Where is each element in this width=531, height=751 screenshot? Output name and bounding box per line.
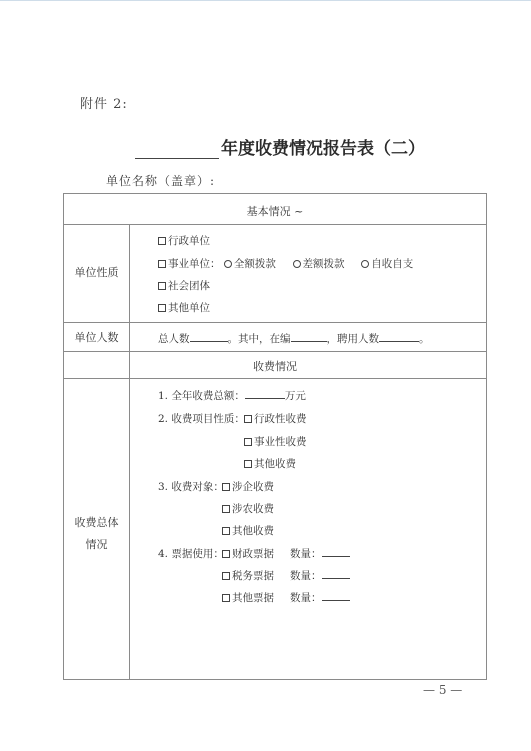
receipt-usage-row: 4. 票据使用： <box>158 546 224 561</box>
checkbox[interactable] <box>222 550 230 558</box>
page-number: — 5 — <box>423 683 462 697</box>
checkbox[interactable] <box>244 438 252 446</box>
total-headcount-field[interactable] <box>190 332 228 342</box>
checkbox[interactable] <box>244 460 252 468</box>
radio-full-funding[interactable] <box>224 260 232 268</box>
fiscal-qty-field[interactable] <box>322 547 350 557</box>
option-admin-fee[interactable]: 行政性收费 <box>244 411 307 426</box>
title-text: 年度收费情况报告表（二） <box>221 134 425 159</box>
radio-self-funded[interactable] <box>361 260 369 268</box>
option-institution-fee[interactable]: 事业性收费 <box>244 434 307 449</box>
other-qty-field[interactable] <box>322 591 350 601</box>
option-other-target-fee[interactable]: 其他收费 <box>222 523 274 538</box>
option-enterprise-fee[interactable]: 涉企收费 <box>222 479 274 494</box>
row-divider <box>64 351 486 352</box>
checkbox[interactable] <box>222 505 230 513</box>
fee-overall-label-line2: 情况 <box>64 533 129 557</box>
option-other-unit[interactable]: 其他单位 <box>158 300 210 315</box>
unit-nature-label: 单位性质 <box>64 261 129 285</box>
contract-count-field[interactable] <box>379 332 419 342</box>
row-divider <box>64 224 486 225</box>
checkbox[interactable] <box>158 304 166 312</box>
fee-overall-label-line1: 收费总体 <box>64 511 129 535</box>
section-header-basic: 基本情况 ~ <box>64 203 486 219</box>
option-social-group[interactable]: 社会团体 <box>158 278 210 293</box>
checkbox[interactable] <box>244 415 252 423</box>
fee-target-row: 3. 收费对象： <box>158 479 224 494</box>
fee-total-field[interactable] <box>245 389 285 399</box>
year-blank-field[interactable] <box>135 141 219 159</box>
option-other-receipt[interactable]: 其他票据 <box>222 590 274 605</box>
unit-name-label: 单位名称（盖章）: <box>106 172 215 189</box>
option-other-fee[interactable]: 其他收费 <box>244 456 296 471</box>
checkbox[interactable] <box>158 282 166 290</box>
radio-partial-funding[interactable] <box>293 260 301 268</box>
tax-receipt-qty: 数量： <box>290 568 350 583</box>
top-border-line <box>0 0 531 1</box>
section-header-fees: 收费情况 <box>64 358 486 374</box>
report-table: 基本情况 ~ 单位性质 行政单位 事业单位： 全额拨款 差额拨款 自收自支 社会… <box>63 193 487 680</box>
option-fiscal-receipt[interactable]: 财政票据 <box>222 546 274 561</box>
fiscal-receipt-qty: 数量： <box>290 546 350 561</box>
row-divider <box>64 322 486 323</box>
row-divider <box>64 378 486 379</box>
column-divider <box>129 224 130 378</box>
option-public-institution[interactable]: 事业单位： 全额拨款 差额拨款 自收自支 <box>158 256 413 271</box>
headcount-label: 单位人数 <box>64 326 129 350</box>
checkbox[interactable] <box>222 572 230 580</box>
other-receipt-qty: 数量： <box>290 590 350 605</box>
column-divider <box>129 378 130 680</box>
tax-qty-field[interactable] <box>322 569 350 579</box>
option-admin-unit[interactable]: 行政单位 <box>158 233 210 248</box>
checkbox[interactable] <box>158 237 166 245</box>
staffed-count-field[interactable] <box>291 332 327 342</box>
attachment-label: 附件 2: <box>80 93 128 112</box>
fee-nature-row: 2. 收费项目性质： <box>158 411 245 426</box>
fee-total-row: 1. 全年收费总额：万元 <box>158 388 306 403</box>
checkbox[interactable] <box>222 527 230 535</box>
checkbox[interactable] <box>222 483 230 491</box>
checkbox[interactable] <box>222 594 230 602</box>
headcount-row: 总人数。其中，在编，聘用人数。 <box>158 331 430 346</box>
checkbox[interactable] <box>158 260 166 268</box>
option-tax-receipt[interactable]: 税务票据 <box>222 568 274 583</box>
option-agriculture-fee[interactable]: 涉农收费 <box>222 501 274 516</box>
page-title: 年度收费情况报告表（二） <box>135 134 425 159</box>
